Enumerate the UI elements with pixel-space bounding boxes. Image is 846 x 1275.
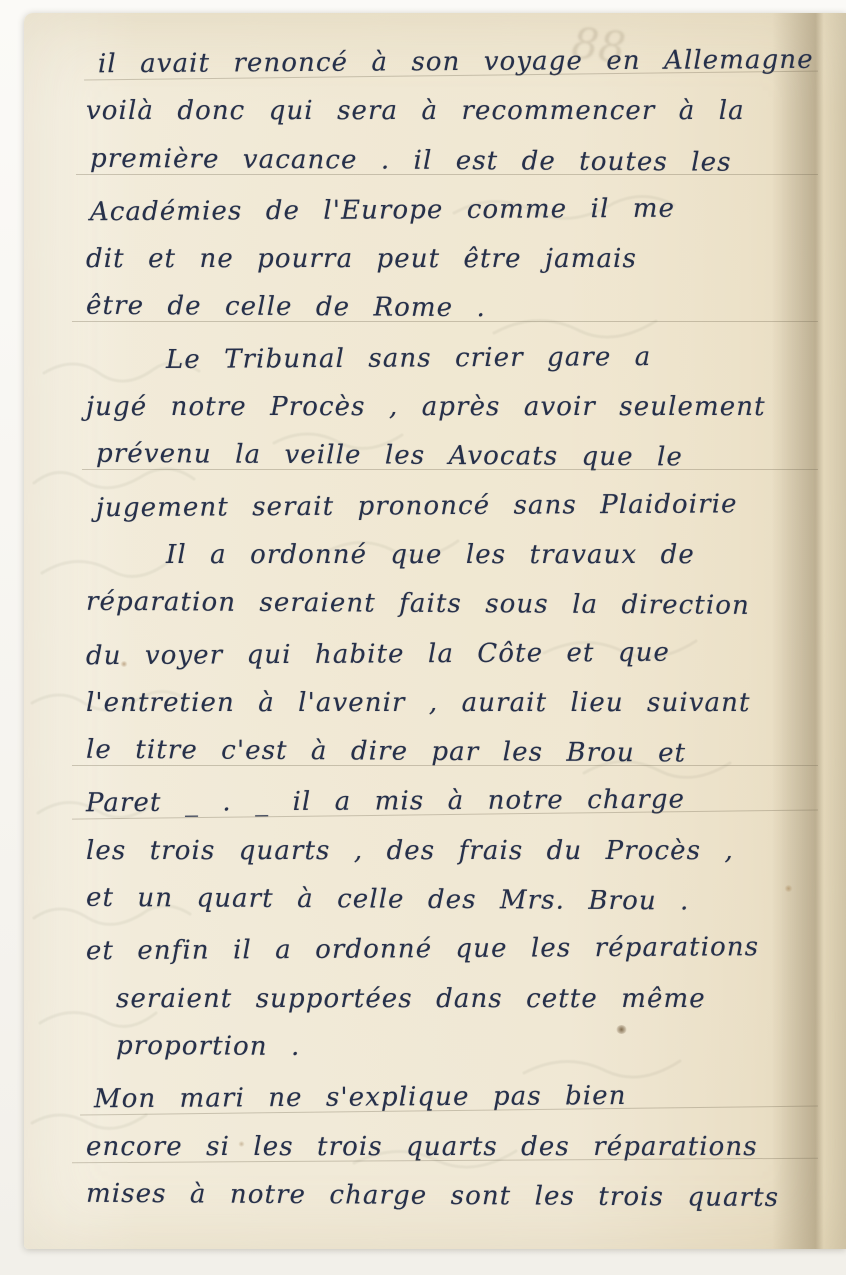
manuscript-line: Mon mari ne s'explique pas bien: [94, 1080, 820, 1134]
letter-page: 88 il avait renoncé à son voyage en Alle…: [24, 13, 846, 1249]
manuscript-line: du voyer qui habite la Côte et que: [86, 636, 820, 690]
manuscript-line: première vacance . il est de toutes les: [90, 143, 820, 197]
manuscript-line: les trois quarts , des frais du Procès ,: [86, 836, 820, 885]
manuscript-line: Le Tribunal sans crier gare a: [166, 341, 820, 394]
manuscript-line: mises à notre charge sont les trois quar…: [86, 1179, 820, 1233]
manuscript: il avait renoncé à son voyage en Allemag…: [86, 47, 820, 1229]
manuscript-line: jugé notre Procès , après avoir seulemen…: [86, 392, 820, 441]
manuscript-line: dit et ne pourra peut être jamais: [86, 244, 820, 293]
manuscript-line: seraient supportées dans cette même: [116, 984, 820, 1033]
manuscript-line: Académies de l'Europe comme il me: [90, 193, 820, 247]
manuscript-line: réparation seraient faits sous la direct…: [86, 587, 820, 641]
manuscript-line: il avait renoncé à son voyage en Allemag…: [98, 45, 820, 99]
manuscript-line: prévenu la veille les Avocats que le: [96, 439, 820, 493]
manuscript-line: le titre c'est à dire par les Brou et: [86, 735, 820, 789]
scanned-letter-screenshot: { "colors": { "paper": "#f0e8d5", "paper…: [0, 0, 846, 1275]
manuscript-line: Il a ordonné que les travaux de: [166, 540, 820, 589]
manuscript-line: encore si les trois quarts des réparatio…: [86, 1132, 820, 1181]
manuscript-line: et enfin il a ordonné que les réparation…: [86, 932, 820, 986]
manuscript-line: jugement serait prononcé sans Plaidoirie: [96, 488, 820, 542]
manuscript-line: voilà donc qui sera à recommencer à la: [86, 96, 820, 145]
manuscript-line: l'entretien à l'avenir , aurait lieu sui…: [86, 688, 820, 737]
manuscript-line: proportion .: [116, 1031, 820, 1085]
manuscript-line: Paret _ . _ il a mis à notre charge: [86, 784, 820, 838]
manuscript-line: et un quart à celle des Mrs. Brou .: [86, 883, 820, 937]
manuscript-line: être de celle de Rome .: [86, 291, 820, 345]
